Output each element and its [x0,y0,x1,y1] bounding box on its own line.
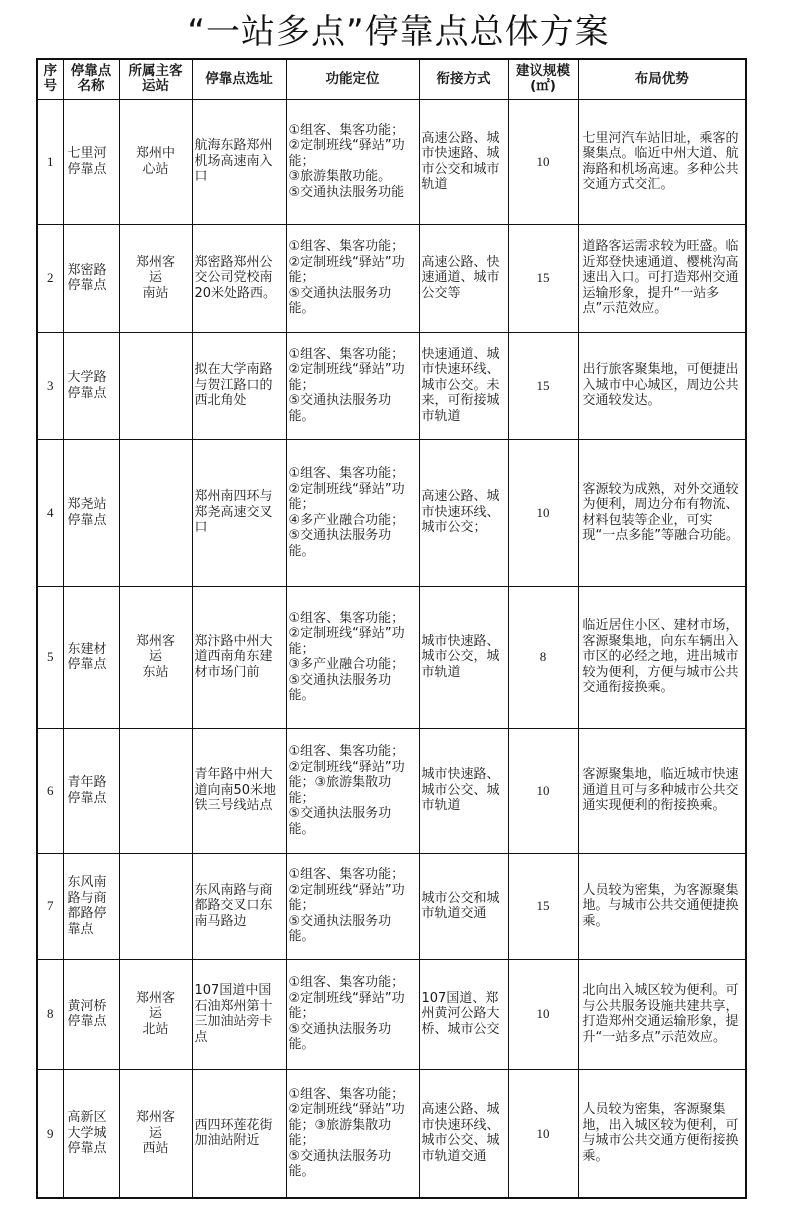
plan-table: 序 号 停靠点 名称 所属主客 运站 停靠点选址 功能定位 衔接方式 建议规模 … [36,58,747,1199]
header-scale: 建议规模 (㎡) [508,59,578,99]
cell-advantage: 客源较为成熟，对外交通较为便利，周边分布有物流、材料包装等企业，可实现“一点多能… [578,439,746,586]
cell-no: 3 [37,332,63,439]
cell-scale: 10 [508,439,578,586]
cell-address: 西四环莲花街加油站附近 [192,1069,286,1198]
header-name: 停靠点 名称 [63,59,119,99]
cell-scale: 15 [508,853,578,959]
cell-address: 郑州南四环与郑尧高速交叉口 [192,439,286,586]
cell-function: ①组客、集客功能； ②定制班线“驿站”功能； ⑤交通执法服务功能。 [286,224,419,332]
cell-advantage: 七里河汽车站旧址，乘客的聚集点。临近中州大道、航海路和机场高速。多种公共交通方式… [578,99,746,224]
header-address: 停靠点选址 [192,59,286,99]
cell-connection: 高速公路、城市快速环线、城市公交、城市轨道交通 [419,1069,508,1198]
cell-scale: 8 [508,586,578,728]
table-row: 9 高新区 大学城 停靠点 郑州客 运 西站 西四环莲花街加油站附近 ①组客、集… [37,1069,746,1198]
cell-advantage: 北向出入城区较为便利。可与公共服务设施共建共享，打造郑州交通运输形象，提升“一站… [578,959,746,1069]
cell-advantage: 人员较为密集，客源聚集地，出入城区较为便利，可与城市公共交通方便衔接换乘。 [578,1069,746,1198]
cell-scale: 15 [508,332,578,439]
cell-function: ①组客、集客功能； ②定制班线“驿站”功能； ⑤交通执法服务功能。 [286,853,419,959]
cell-no: 1 [37,99,63,224]
cell-station: 郑州客 运 西站 [119,1069,192,1198]
table-row: 2 郑密路 停靠点 郑州客 运 南站 郑密路郑州公交公司党校南20米处路西。 ①… [37,224,746,332]
cell-function: ①组客、集客功能； ②定制班线“驿站”功能； ⑤交通执法服务功能。 [286,959,419,1069]
cell-function: ①组客、集客功能； ②定制班线“驿站”功能；③旅游集散功能； ⑤交通执法服务功能… [286,728,419,853]
cell-name: 东风南 路与商 都路停 靠点 [63,853,119,959]
cell-name: 郑密路 停靠点 [63,224,119,332]
cell-station [119,728,192,853]
cell-address: 航海东路郑州机场高速南入口 [192,99,286,224]
cell-advantage: 道路客运需求较为旺盛。临近郑登快速通道、樱桃沟高速出入口。可打造郑州交通运输形象… [578,224,746,332]
cell-no: 2 [37,224,63,332]
table-row: 4 郑尧站 停靠点 郑州南四环与郑尧高速交叉口 ①组客、集客功能； ②定制班线“… [37,439,746,586]
header-advantage: 布局优势 [578,59,746,99]
header-no: 序 号 [37,59,63,99]
table-row: 1 七里河 停靠点 郑州中 心站 航海东路郑州机场高速南入口 ①组客、集客功能；… [37,99,746,224]
cell-address: 郑密路郑州公交公司党校南20米处路西。 [192,224,286,332]
cell-connection: 城市快速路、城市公交，城市轨道 [419,586,508,728]
cell-no: 4 [37,439,63,586]
cell-station [119,439,192,586]
cell-station: 郑州中 心站 [119,99,192,224]
cell-no: 7 [37,853,63,959]
cell-scale: 10 [508,1069,578,1198]
cell-advantage: 客源聚集地，临近城市快速通道且可与多种城市公共交通实现便利的衔接换乘。 [578,728,746,853]
cell-advantage: 出行旅客聚集地，可便捷出入城市中心城区，周边公共交通较发达。 [578,332,746,439]
table-row: 5 东建材 停靠点 郑州客 运 东站 郑汴路中州大道西南角东建材市场门前 ①组客… [37,586,746,728]
header-connection: 衔接方式 [419,59,508,99]
cell-advantage: 人员较为密集，为客源聚集地。与城市公共交通便捷换乘。 [578,853,746,959]
cell-scale: 10 [508,959,578,1069]
table-row: 3 大学路 停靠点 拟在大学南路与贺江路口的西北角处 ①组客、集客功能； ②定制… [37,332,746,439]
cell-no: 8 [37,959,63,1069]
cell-scale: 10 [508,99,578,224]
header-station: 所属主客 运站 [119,59,192,99]
cell-address: 郑汴路中州大道西南角东建材市场门前 [192,586,286,728]
document-title: “一站多点”停靠点总体方案 [0,10,797,54]
cell-station: 郑州客 运 南站 [119,224,192,332]
cell-function: ①组客、集客功能； ②定制班线“驿站”功能； ⑤交通执法服务功能。 [286,332,419,439]
cell-connection: 高速公路、快速通道、城市公交等 [419,224,508,332]
cell-address: 青年路中州大道向南50米地铁三号线站点 [192,728,286,853]
cell-connection: 城市公交和城市轨道交通 [419,853,508,959]
cell-no: 9 [37,1069,63,1198]
cell-scale: 10 [508,728,578,853]
cell-station: 郑州客 运 北站 [119,959,192,1069]
header-function: 功能定位 [286,59,419,99]
cell-function: ①组客、集客功能； ②定制班线“驿站”功能； ③旅游集散功能。 ⑤交通执法服务功… [286,99,419,224]
cell-function: ①组客、集客功能； ②定制班线“驿站”功能；③旅游集散功能； ⑤交通执法服务功能… [286,1069,419,1198]
header-row: 序 号 停靠点 名称 所属主客 运站 停靠点选址 功能定位 衔接方式 建议规模 … [37,59,746,99]
cell-name: 七里河 停靠点 [63,99,119,224]
cell-station: 郑州客 运 东站 [119,586,192,728]
cell-station [119,853,192,959]
cell-function: ①组客、集客功能； ②定制班线“驿站”功能； ④多产业融合功能； ⑤交通执法服务… [286,439,419,586]
cell-name: 黄河桥 停靠点 [63,959,119,1069]
cell-connection: 高速公路、城市快速路、城市公交和城市轨道 [419,99,508,224]
cell-name: 大学路 停靠点 [63,332,119,439]
cell-connection: 城市快速路、城市公交、城市轨道 [419,728,508,853]
cell-address: 东风南路与商都路交叉口东南马路边 [192,853,286,959]
cell-name: 青年路 停靠点 [63,728,119,853]
cell-address: 拟在大学南路与贺江路口的西北角处 [192,332,286,439]
table-row: 7 东风南 路与商 都路停 靠点 东风南路与商都路交叉口东南马路边 ①组客、集客… [37,853,746,959]
table-row: 6 青年路 停靠点 青年路中州大道向南50米地铁三号线站点 ①组客、集客功能； … [37,728,746,853]
cell-connection: 高速公路、城市快速环线、城市公交； [419,439,508,586]
cell-no: 5 [37,586,63,728]
cell-name: 高新区 大学城 停靠点 [63,1069,119,1198]
cell-station [119,332,192,439]
cell-address: 107国道中国石油郑州第十三加油站旁卡点 [192,959,286,1069]
cell-name: 郑尧站 停靠点 [63,439,119,586]
cell-connection: 107国道、郑州黄河公路大桥、城市公交 [419,959,508,1069]
cell-scale: 15 [508,224,578,332]
cell-advantage: 临近居住小区、建材市场，客源聚集地，向东车辆出入市区的必经之地，进出城市较为便利… [578,586,746,728]
cell-no: 6 [37,728,63,853]
cell-connection: 快速通道、城市快速环线、城市公交。未来，可衔接城市轨道 [419,332,508,439]
cell-function: ①组客、集客功能； ②定制班线“驿站”功能； ③多产业融合功能； ⑤交通执法服务… [286,586,419,728]
table-row: 8 黄河桥 停靠点 郑州客 运 北站 107国道中国石油郑州第十三加油站旁卡点 … [37,959,746,1069]
cell-name: 东建材 停靠点 [63,586,119,728]
